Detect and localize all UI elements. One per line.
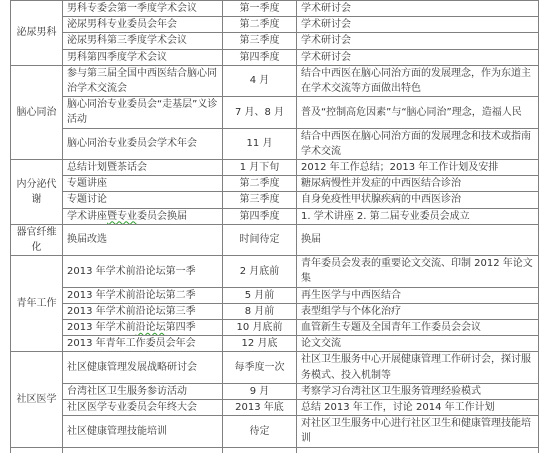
table-row: 2013 年青年工作委员会年会12 月底论文交流 [11, 336, 539, 352]
empty-cell [63, 447, 223, 453]
time-cell: 10 月底前 [223, 320, 297, 336]
table-row: 专题讲座第二季度糖尿病慢性并发症的中西医结合诊治 [11, 176, 539, 192]
activity-cell: 参与第三届全国中西医结合脑心同治学术交流会 [63, 65, 223, 96]
table-row: 器官纤维化换届改选时间待定换届 [11, 224, 539, 255]
content-cell: 糖尿病慢性并发症的中西医结合诊治 [297, 176, 539, 192]
time-cell: 7 月、8 月 [223, 97, 297, 128]
table-row: 泌尿男科男科专委会第一季度学术会议第一季度学术研讨会 [11, 1, 539, 17]
time-cell: 8 月前 [223, 303, 297, 319]
time-cell: 时间待定 [223, 224, 297, 255]
activity-cell: 社区健康管理发展战略研讨会 [63, 352, 223, 383]
table-row: 脑心同治专业委员会“走基层”义诊活动7 月、8 月普及“控制高危因素”与“脑心同… [11, 97, 539, 128]
category-cell: 器官纤维化 [11, 224, 63, 255]
content-cell: 学术研讨会 [297, 17, 539, 33]
category-cell: 泌尿男科 [11, 1, 63, 66]
empty-cell [297, 447, 539, 453]
table-row: 台湾社区卫生服务参访活动9 月考察学习台湾社区卫生服务管理经验模式 [11, 383, 539, 399]
table-row: 脑心同治专业委员会学术年会11 月结合中西医在脑心同治方面的发展理念和技术或指南… [11, 128, 539, 159]
activity-cell: 专题讨论 [63, 192, 223, 208]
activity-cell: 2013 年学术前沿论坛第四季 [63, 320, 223, 336]
time-cell: 4 月 [223, 65, 297, 96]
category-cell: 内分泌代谢 [11, 160, 63, 225]
content-cell: 血管新生专题及全国青年工作委员会会议 [297, 320, 539, 336]
content-cell: 总结 2013 年工作，讨论 2014 年工作计划 [297, 400, 539, 416]
work-plan-table-body: 泌尿男科男科专委会第一季度学术会议第一季度学术研讨会泌尿男科专业委员会年会第二季… [11, 1, 539, 453]
time-cell: 2 月底前 [223, 256, 297, 287]
time-cell: 9 月 [223, 383, 297, 399]
activity-cell: 泌尿男科第三季度学术会议 [63, 33, 223, 49]
spellcheck-squiggle: 暨专业 [107, 211, 137, 222]
time-cell: 1 月下旬 [223, 160, 297, 176]
empty-cell [223, 447, 297, 453]
content-cell: 学术研讨会 [297, 33, 539, 49]
time-cell: 第一季度 [223, 1, 297, 17]
activity-cell: 男科第四季度学术会议 [63, 49, 223, 65]
content-cell: 论文交流 [297, 336, 539, 352]
table-row: 社区医学社区健康管理发展战略研讨会每季度一次社区卫生服务中心开展健康管理工作研讨… [11, 352, 539, 383]
table-row: 泌尿男科第三季度学术会议第三季度学术研讨会 [11, 33, 539, 49]
activity-cell: 学术讲座暨专业委员会换届 [63, 208, 223, 224]
time-cell: 每季度一次 [223, 352, 297, 383]
time-cell: 第二季度 [223, 176, 297, 192]
activity-cell: 换届改选 [63, 224, 223, 255]
activity-cell: 2013 年学术前沿论坛第二季 [63, 287, 223, 303]
table-row: 学术讲座暨专业委员会换届第四季度1. 学术讲座 2. 第二届专业委员会成立 [11, 208, 539, 224]
content-cell: 结合中西医在脑心同治方面的发展理念，作为东道主在学术交流等方面做出特色 [297, 65, 539, 96]
content-cell: 青年委员会发表的重要论文交流、印制 2012 年论文集 [297, 256, 539, 287]
activity-cell: 专题讲座 [63, 176, 223, 192]
table-row: 专题讨论第三季度自身免疫性甲状腺疾病的中西医诊治 [11, 192, 539, 208]
table-row: 社区医学专业委员会年终大会2013 年底总结 2013 年工作，讨论 2014 … [11, 400, 539, 416]
document-page: 泌尿男科男科专委会第一季度学术会议第一季度学术研讨会泌尿男科专业委员会年会第二季… [0, 0, 550, 454]
content-cell: 考察学习台湾社区卫生服务管理经验模式 [297, 383, 539, 399]
content-cell: 换届 [297, 224, 539, 255]
time-cell: 11 月 [223, 128, 297, 159]
category-cell: 青年工作 [11, 256, 63, 352]
activity-cell: 总结计划暨茶话会 [63, 160, 223, 176]
activity-cell: 2013 年青年工作委员会年会 [63, 336, 223, 352]
content-cell: 1. 学术讲座 2. 第二届专业委员会成立 [297, 208, 539, 224]
table-row: 内分泌代谢总结计划暨茶话会1 月下旬2012 年工作总结；2013 年工作计划及… [11, 160, 539, 176]
time-cell: 待定 [223, 416, 297, 447]
activity-cell: 社区医学专业委员会年终大会 [63, 400, 223, 416]
time-cell: 第三季度 [223, 192, 297, 208]
category-cell: 社区医学 [11, 352, 63, 447]
activity-cell: 社区健康管理技能培训 [63, 416, 223, 447]
activity-cell: 男科专委会第一季度学术会议 [63, 1, 223, 17]
activity-cell: 脑心同治专业委员会学术年会 [63, 128, 223, 159]
content-cell: 对社区卫生服务中心进行社区卫生和健康管理技能培训 [297, 416, 539, 447]
activity-cell: 台湾社区卫生服务参访活动 [63, 383, 223, 399]
time-cell: 第四季度 [223, 49, 297, 65]
time-cell: 第三季度 [223, 33, 297, 49]
table-row: 社区健康管理技能培训待定对社区卫生服务中心进行社区卫生和健康管理技能培训 [11, 416, 539, 447]
time-cell: 第四季度 [223, 208, 297, 224]
activity-cell: 泌尿男科专业委员会年会 [63, 17, 223, 33]
time-cell: 第二季度 [223, 17, 297, 33]
content-cell: 再生医学与中西医结合 [297, 287, 539, 303]
activity-cell: 2013 年学术前沿论坛第一季 [63, 256, 223, 287]
content-cell: 普及“控制高危因素”与“脑心同治”理念，造福人民 [297, 97, 539, 128]
table-row: 2013 年学术前沿论坛第四季10 月底前血管新生专题及全国青年工作委员会会议 [11, 320, 539, 336]
activity-cell: 2013 年学术前沿论坛第三季 [63, 303, 223, 319]
content-cell: 自身免疫性甲状腺疾病的中西医诊治 [297, 192, 539, 208]
empty-cell [11, 447, 63, 453]
content-cell: 结合中西医在脑心同治方面的发展理念和技术或指南学术交流 [297, 128, 539, 159]
content-cell: 学术研讨会 [297, 1, 539, 17]
time-cell: 5 月前 [223, 287, 297, 303]
table-row: 脑心同治参与第三届全国中西医结合脑心同治学术交流会4 月结合中西医在脑心同治方面… [11, 65, 539, 96]
spellcheck-squiggle: 沿论坛 [136, 322, 166, 333]
table-row: 2013 年学术前沿论坛第二季5 月前再生医学与中西医结合 [11, 287, 539, 303]
time-cell: 12 月底 [223, 336, 297, 352]
table-row: 男科第四季度学术会议第四季度学术研讨会 [11, 49, 539, 65]
time-cell: 2013 年底 [223, 400, 297, 416]
table-row: 2013 年学术前沿论坛第三季8 月前表型组学与个体化治疗 [11, 303, 539, 319]
activity-cell: 脑心同治专业委员会“走基层”义诊活动 [63, 97, 223, 128]
table-row: 青年工作2013 年学术前沿论坛第一季2 月底前青年委员会发表的重要论文交流、印… [11, 256, 539, 287]
table-row: 泌尿男科专业委员会年会第二季度学术研讨会 [11, 17, 539, 33]
content-cell: 社区卫生服务中心开展健康管理工作研讨会，探讨服务模式、投入机制等 [297, 352, 539, 383]
content-cell: 表型组学与个体化治疗 [297, 303, 539, 319]
content-cell: 学术研讨会 [297, 49, 539, 65]
work-plan-table: 泌尿男科男科专委会第一季度学术会议第一季度学术研讨会泌尿男科专业委员会年会第二季… [10, 0, 539, 453]
category-cell: 脑心同治 [11, 65, 63, 159]
partial-row-cut-off [11, 447, 539, 453]
content-cell: 2012 年工作总结；2013 年工作计划及安排 [297, 160, 539, 176]
